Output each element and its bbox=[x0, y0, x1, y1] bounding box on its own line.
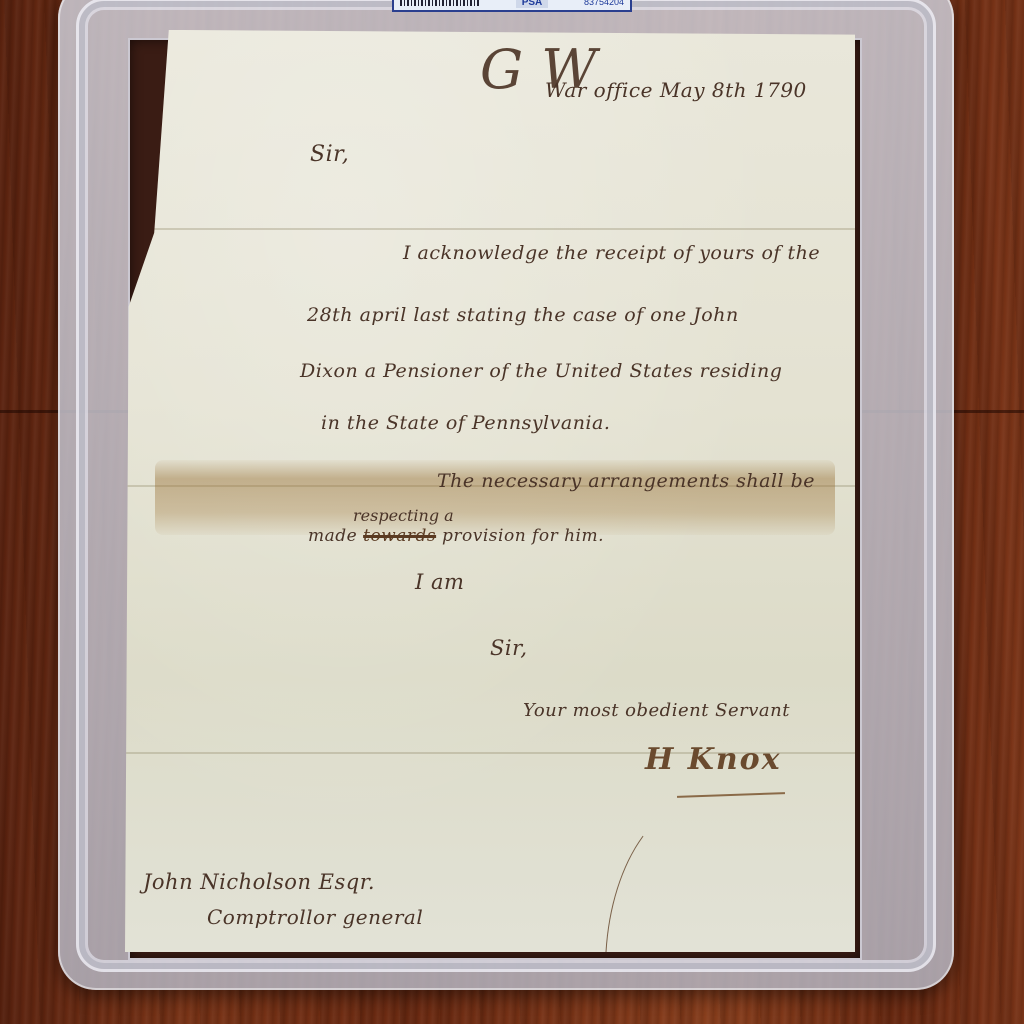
inserted-correction: respecting a bbox=[353, 506, 454, 525]
correction-prefix: made bbox=[308, 526, 357, 546]
body-line-3: Dixon a Pensioner of the United States r… bbox=[300, 360, 782, 382]
ink-flourish bbox=[605, 798, 706, 969]
fold-line bbox=[125, 228, 855, 230]
addressee-title: Comptrollor general bbox=[207, 905, 423, 929]
psa-logo: PSA bbox=[516, 0, 549, 8]
dateline-date: May 8th 1790 bbox=[660, 78, 807, 102]
dateline-place: War office bbox=[545, 78, 653, 102]
letter-paper: G W War office May 8th 1790 Sir, I ackno… bbox=[125, 30, 855, 952]
correction-suffix: provision for him. bbox=[442, 526, 604, 546]
closing-sir: Sir, bbox=[490, 636, 528, 660]
dateline: War office May 8th 1790 bbox=[545, 78, 807, 102]
cert-number: 83754204 bbox=[584, 0, 624, 7]
closing-servant: Your most obedient Servant bbox=[523, 700, 790, 721]
body-line-5: The necessary arrangements shall be bbox=[437, 470, 815, 492]
struck-word: towards bbox=[363, 526, 436, 546]
barcode-icon bbox=[400, 0, 480, 6]
body-line-1: I acknowledge the receipt of yours of th… bbox=[403, 242, 820, 264]
psa-label: PSA 83754204 bbox=[392, 0, 632, 12]
signature: H Knox bbox=[645, 742, 782, 777]
closing-i-am: I am bbox=[415, 570, 464, 594]
body-line-2: 28th april last stating the case of one … bbox=[307, 304, 739, 326]
correction-line: made towards provision for him. bbox=[308, 526, 604, 546]
body-line-4: in the State of Pennsylvania. bbox=[321, 412, 610, 434]
salutation: Sir, bbox=[310, 142, 349, 167]
signature-underline bbox=[677, 792, 785, 798]
addressee-name: John Nicholson Esqr. bbox=[143, 870, 375, 894]
